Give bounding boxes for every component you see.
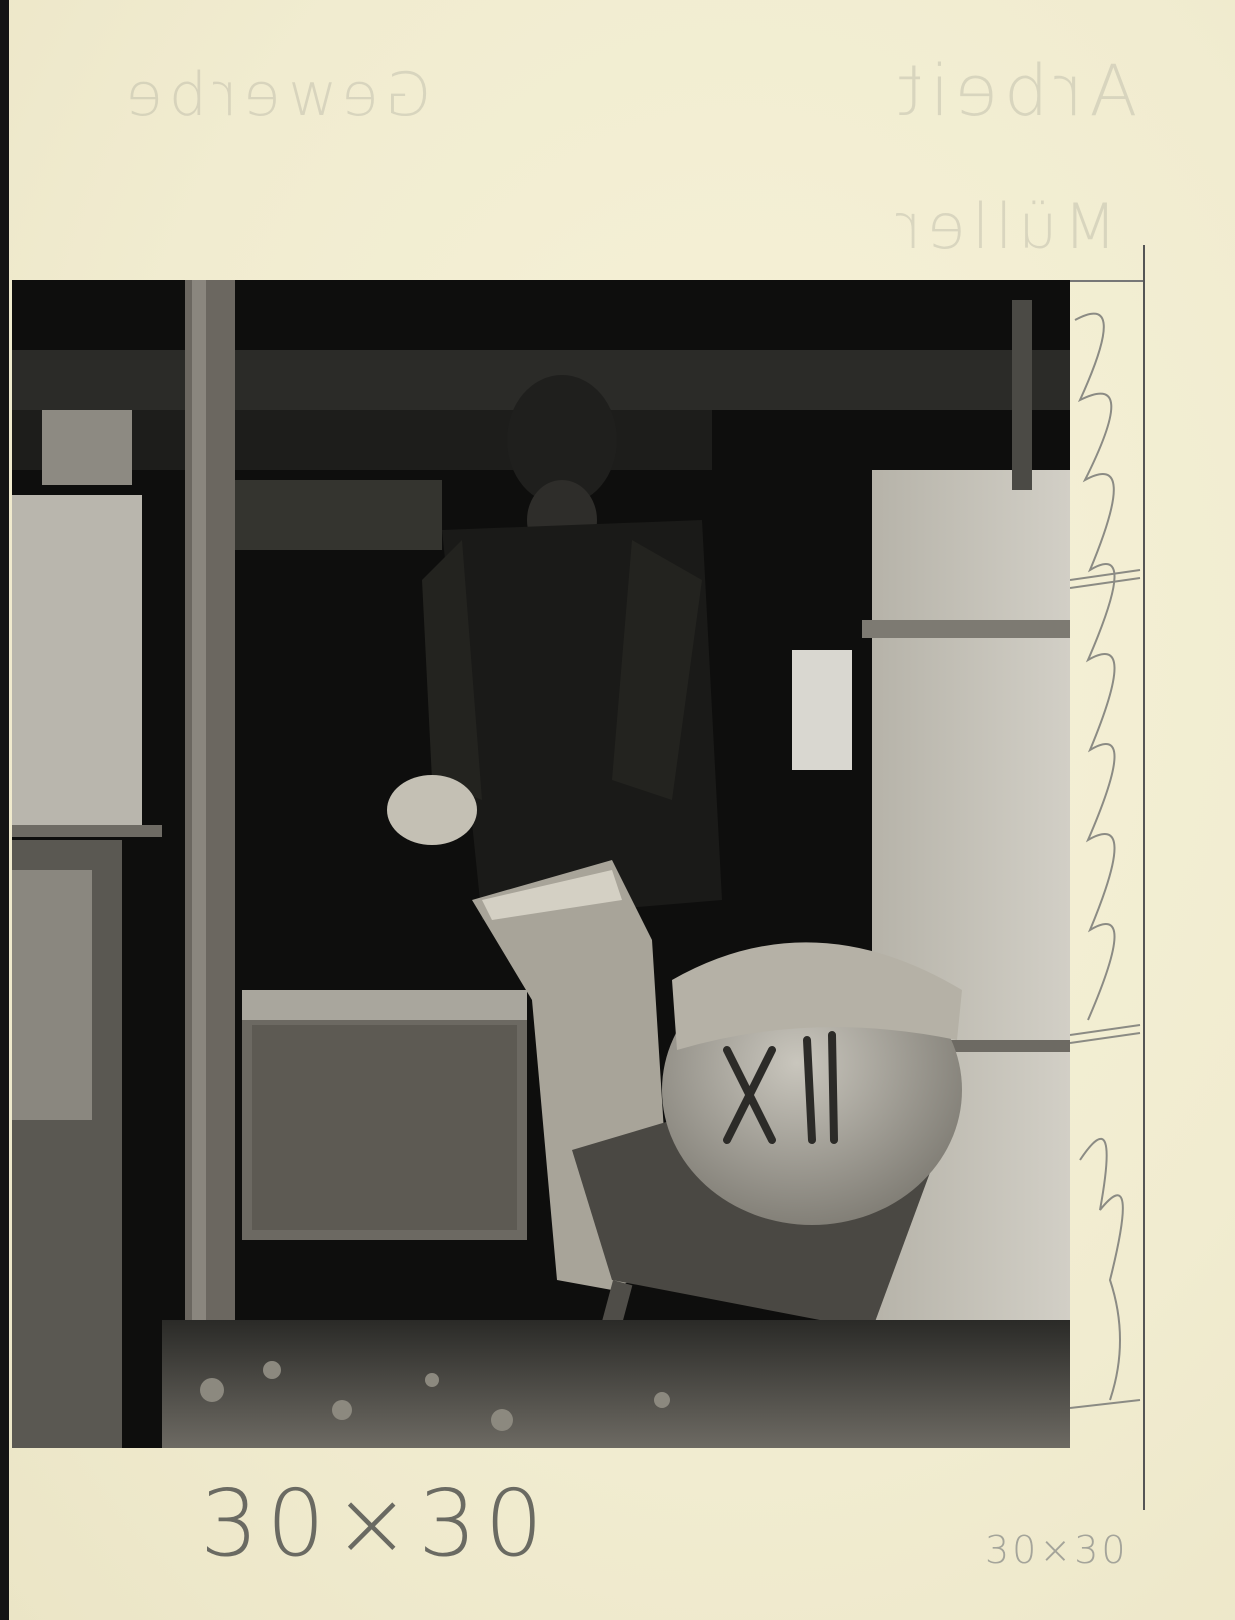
show-through-text-mueller: Müller: [890, 190, 1117, 263]
size-annotation: 30×30: [200, 1470, 551, 1577]
photo-scene: [12, 280, 1070, 1448]
size-annotation-secondary: 30×30: [985, 1528, 1129, 1572]
crop-mark-vertical: [1143, 245, 1145, 1510]
crop-margin-scribble: [1070, 280, 1145, 1448]
show-through-text-arbeit: Arbeit: [890, 50, 1137, 132]
show-through-text-gewerbe: Gewerbe: [120, 60, 431, 130]
pencil-scribble-icon: [1070, 280, 1145, 1448]
scan-edge: [0, 0, 9, 1620]
mill-photograph: [12, 280, 1070, 1448]
photo-mount-card: Gewerbe Arbeit Müller: [0, 0, 1235, 1620]
